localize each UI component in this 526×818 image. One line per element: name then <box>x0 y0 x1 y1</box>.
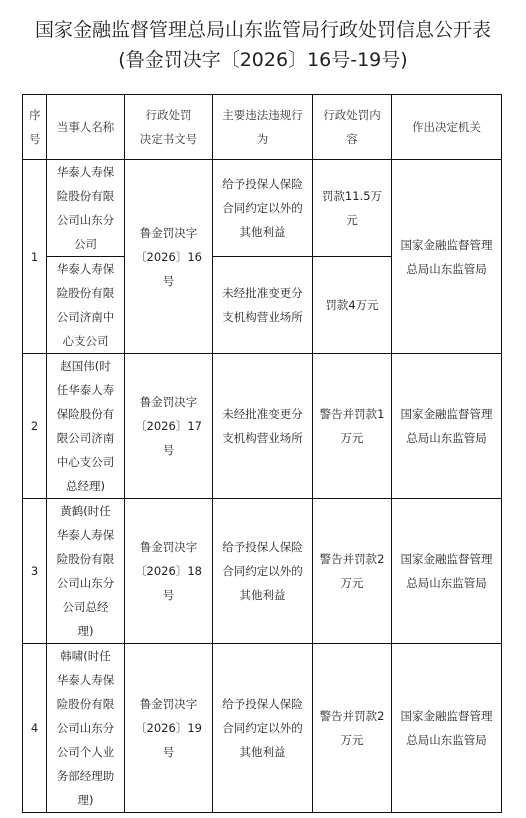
table-row: 3 黄鹤(时任华泰人寿保险股份有限公司山东分公司总经理) 鲁金罚决字〔2026〕… <box>23 499 502 644</box>
penalty: 警告并罚款2万元 <box>313 644 392 813</box>
authority: 国家金融监督管理总局山东监管局 <box>392 160 502 354</box>
decision-doc-no: 鲁金罚决字〔2026〕16号 <box>125 160 213 354</box>
violation: 未经批准变更分支机构营业场所 <box>213 354 313 499</box>
header-penalty: 行政处罚内容 <box>313 95 392 160</box>
penalty: 警告并罚款2万元 <box>313 499 392 644</box>
penalty-table: 序号 当事人名称 行政处罚决定书文号 主要违法违规行为 行政处罚内容 作出决定机… <box>22 94 502 813</box>
penalty: 罚款4万元 <box>313 257 392 354</box>
document-subtitle: (鲁金罚决字〔2026〕16号-19号) <box>0 47 526 73</box>
authority: 国家金融监督管理总局山东监管局 <box>392 499 502 644</box>
document-title: 国家金融监督管理总局山东监管局行政处罚信息公开表 <box>0 17 526 43</box>
decision-doc-no: 鲁金罚决字〔2026〕19号 <box>125 644 213 813</box>
row-no: 4 <box>23 644 47 813</box>
table-row: 2 赵国伟(时任华泰人寿保险股份有限公司济南中心支公司总经理) 鲁金罚决字〔20… <box>23 354 502 499</box>
party-name: 韩啸(时任华泰人寿保险股份有限公司山东分公司个人业务部经理助理) <box>47 644 125 813</box>
decision-doc-no: 鲁金罚决字〔2026〕18号 <box>125 499 213 644</box>
table-row: 4 韩啸(时任华泰人寿保险股份有限公司山东分公司个人业务部经理助理) 鲁金罚决字… <box>23 644 502 813</box>
header-violation: 主要违法违规行为 <box>213 95 313 160</box>
header-authority: 作出决定机关 <box>392 95 502 160</box>
violation: 给予投保人保险合同约定以外的其他利益 <box>213 499 313 644</box>
header-party: 当事人名称 <box>47 95 125 160</box>
table-row: 1 华泰人寿保险股份有限公司山东分公司 鲁金罚决字〔2026〕16号 给予投保人… <box>23 160 502 257</box>
header-no: 序号 <box>23 95 47 160</box>
violation: 未经批准变更分支机构营业场所 <box>213 257 313 354</box>
party-name: 赵国伟(时任华泰人寿保险股份有限公司济南中心支公司总经理) <box>47 354 125 499</box>
row-no: 1 <box>23 160 47 354</box>
row-no: 2 <box>23 354 47 499</box>
decision-doc-no: 鲁金罚决字〔2026〕17号 <box>125 354 213 499</box>
party-name: 华泰人寿保险股份有限公司山东分公司 <box>47 160 125 257</box>
authority: 国家金融监督管理总局山东监管局 <box>392 644 502 813</box>
party-name: 黄鹤(时任华泰人寿保险股份有限公司山东分公司总经理) <box>47 499 125 644</box>
header-doc-no: 行政处罚决定书文号 <box>125 95 213 160</box>
penalty: 警告并罚款1万元 <box>313 354 392 499</box>
penalty: 罚款11.5万元 <box>313 160 392 257</box>
violation: 给予投保人保险合同约定以外的其他利益 <box>213 160 313 257</box>
row-no: 3 <box>23 499 47 644</box>
table-header-row: 序号 当事人名称 行政处罚决定书文号 主要违法违规行为 行政处罚内容 作出决定机… <box>23 95 502 160</box>
authority: 国家金融监督管理总局山东监管局 <box>392 354 502 499</box>
party-name: 华泰人寿保险股份有限公司济南中心支公司 <box>47 257 125 354</box>
violation: 给予投保人保险合同约定以外的其他利益 <box>213 644 313 813</box>
